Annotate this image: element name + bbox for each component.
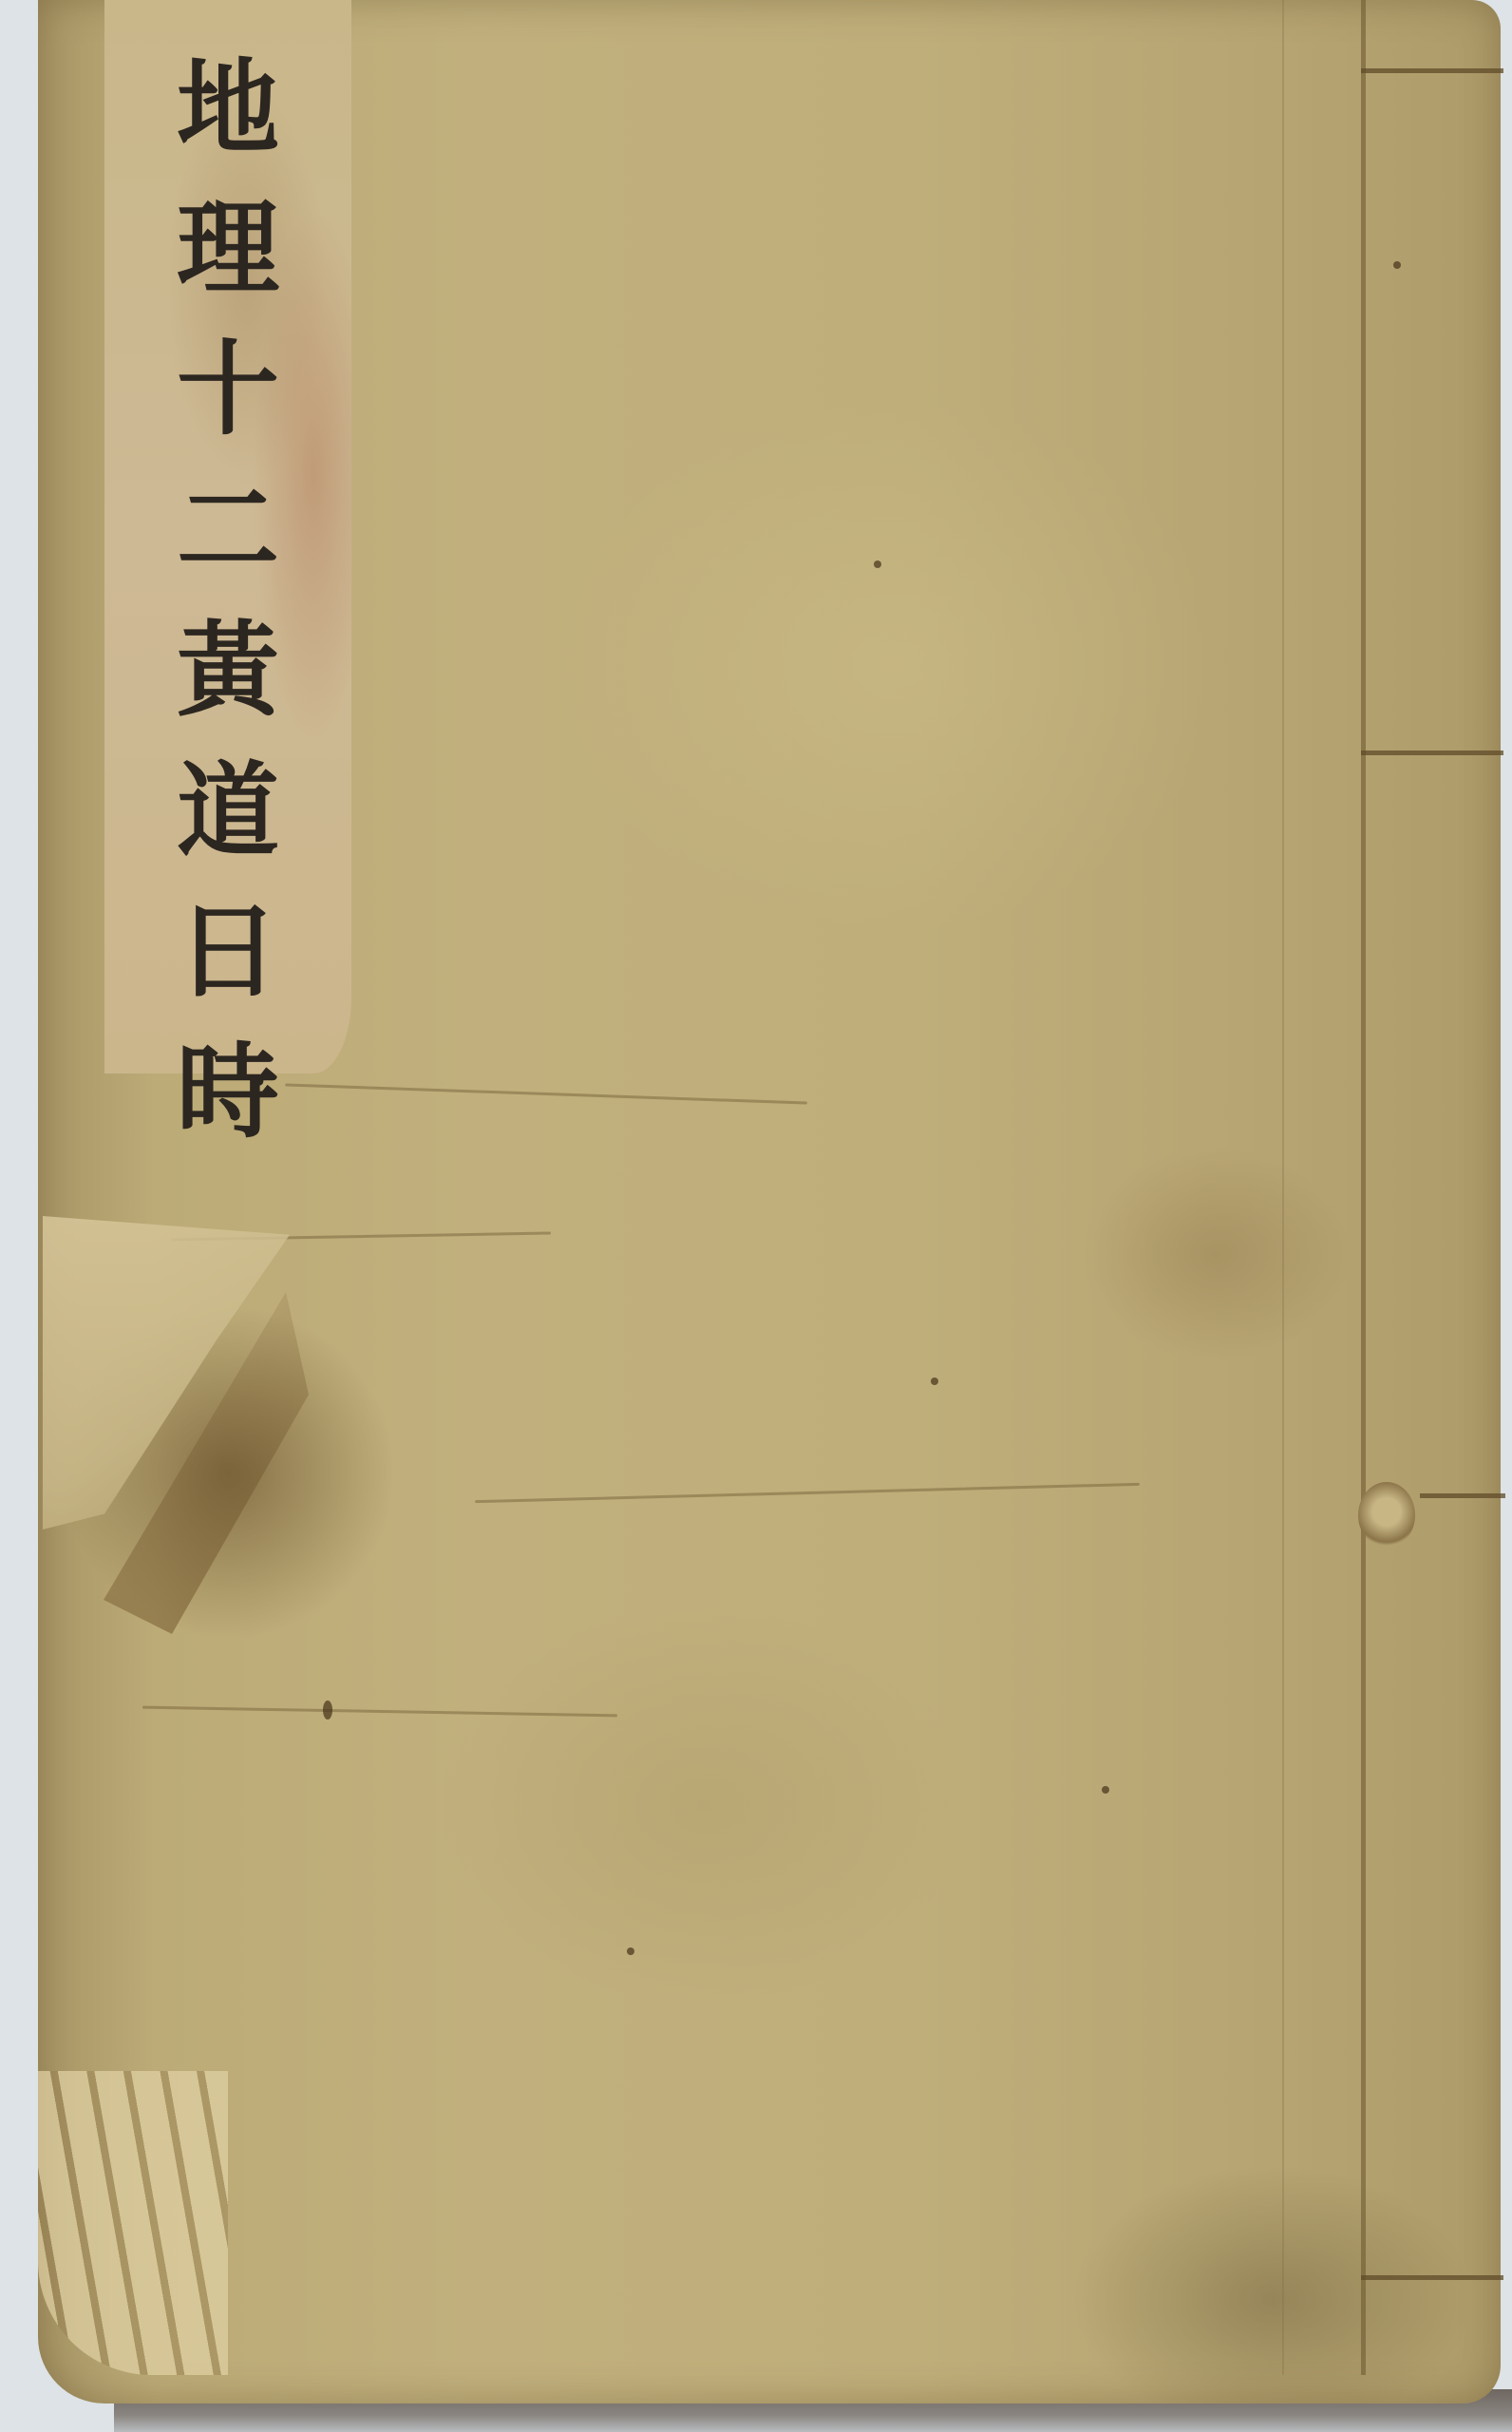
stain-speck xyxy=(627,1947,634,1955)
binding-thread xyxy=(1361,0,1366,2375)
title-char: 十 xyxy=(177,319,279,460)
title-char: 道 xyxy=(177,741,279,882)
spine-fold-line xyxy=(1282,0,1284,2375)
binding-knot xyxy=(1358,1482,1415,1548)
stain-speck xyxy=(1393,261,1401,269)
binding-thread-wrap xyxy=(1420,1493,1505,1498)
frayed-edge xyxy=(38,2071,228,2375)
binding-thread-wrap xyxy=(1361,2275,1503,2280)
stain-speck xyxy=(931,1377,938,1385)
title-char: 時 xyxy=(177,1022,279,1163)
title-char: 理 xyxy=(177,179,279,319)
title-char: 地 xyxy=(177,38,279,179)
title-char: 黃 xyxy=(177,600,279,741)
title-char: 日 xyxy=(177,882,279,1022)
binding-thread-wrap xyxy=(1361,68,1503,73)
stain-speck xyxy=(874,560,881,568)
binding-thread-wrap xyxy=(1361,750,1503,755)
stain-speck xyxy=(1102,1786,1109,1794)
book-title: 地 理 十 二 黃 道 日 時 xyxy=(142,38,313,1163)
title-char: 二 xyxy=(177,460,279,600)
stain-speck xyxy=(323,1700,332,1719)
